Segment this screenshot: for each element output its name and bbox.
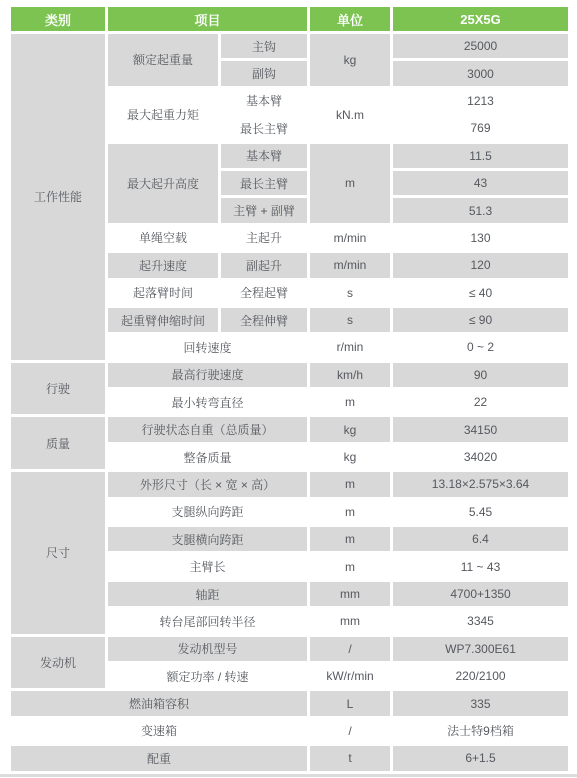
item-cell: 额定起重量 [107,33,220,88]
value-cell: 43 [392,169,570,196]
category-cell-performance: 工作性能 [10,33,107,362]
value-cell: 51.3 [392,197,570,224]
item-cell: 变速箱 [10,717,309,744]
value-cell: 120 [392,252,570,279]
item-cell: 最小转弯直径 [107,389,309,416]
unit-cell: kN.m [309,87,392,142]
item-cell: 起升速度 [107,252,220,279]
value-cell: 4700+1350 [392,580,570,607]
unit-cell: m/min [309,224,392,251]
unit-cell: m [309,142,392,224]
item-cell: 回转速度 [107,334,309,361]
page-bottom-divider [0,774,577,777]
unit-cell: kg [309,443,392,470]
unit-cell: / [309,635,392,662]
header-unit: 单位 [309,6,392,33]
unit-cell: m [309,471,392,498]
value-cell: ≤ 40 [392,279,570,306]
unit-cell: kW/r/min [309,662,392,689]
unit-cell: km/h [309,361,392,388]
value-cell: 335 [392,690,570,717]
header-item: 项目 [107,6,309,33]
item-cell: 额定功率 / 转速 [107,662,309,689]
category-cell-engine: 发动机 [10,635,107,690]
category-cell-mass: 质量 [10,416,107,471]
item-cell: 最大起升高度 [107,142,220,224]
value-cell: WP7.300E61 [392,635,570,662]
sub-item-cell: 全程起臂 [220,279,309,306]
sub-item-cell: 全程伸臂 [220,306,309,333]
value-cell: 769 [392,115,570,142]
table-row: 尺寸 外形尺寸（长 × 宽 × 高） m 13.18×2.575×3.64 [10,471,570,498]
header-model: 25X5G [392,6,570,33]
value-cell: 3345 [392,608,570,635]
value-cell: 25000 [392,33,570,60]
sub-item-cell: 主起升 [220,224,309,251]
header-category: 类别 [10,6,107,33]
item-cell: 行驶状态自重（总质量） [107,416,309,443]
item-cell: 最高行驶速度 [107,361,309,388]
value-cell: 6+1.5 [392,745,570,772]
item-cell: 燃油箱容积 [10,690,309,717]
item-cell: 支腿纵向跨距 [107,498,309,525]
value-cell: 1213 [392,87,570,114]
unit-cell: m/min [309,252,392,279]
table-row: 变速箱 / 法士特9档箱 [10,717,570,744]
unit-cell: m [309,498,392,525]
item-cell: 主臂长 [107,553,309,580]
value-cell: 6.4 [392,526,570,553]
crane-spec-sheet: 类别 项目 单位 25X5G 工作性能 额定起重量 主钩 kg 25000 副钩… [0,0,577,778]
unit-cell: m [309,553,392,580]
item-cell: 支腿横向跨距 [107,526,309,553]
unit-cell: m [309,526,392,553]
unit-cell: s [309,306,392,333]
sub-item-cell: 最长主臂 [220,169,309,196]
value-cell: 34150 [392,416,570,443]
unit-cell: L [309,690,392,717]
item-cell: 整备质量 [107,443,309,470]
value-cell: 13.18×2.575×3.64 [392,471,570,498]
sub-item-cell: 主臂 + 副臂 [220,197,309,224]
item-cell: 起落臂时间 [107,279,220,306]
sub-item-cell: 最长主臂 [220,115,309,142]
item-cell: 转台尾部回转半径 [107,608,309,635]
table-row: 配重 t 6+1.5 [10,745,570,772]
unit-cell: kg [309,416,392,443]
item-cell: 发动机型号 [107,635,309,662]
spec-table: 类别 项目 单位 25X5G 工作性能 额定起重量 主钩 kg 25000 副钩… [8,4,571,774]
unit-cell: kg [309,33,392,88]
item-cell: 外形尺寸（长 × 宽 × 高） [107,471,309,498]
value-cell: 5.45 [392,498,570,525]
value-cell: 0 ~ 2 [392,334,570,361]
table-row: 燃油箱容积 L 335 [10,690,570,717]
value-cell: 34020 [392,443,570,470]
unit-cell: mm [309,580,392,607]
value-cell: 22 [392,389,570,416]
sub-item-cell: 副起升 [220,252,309,279]
value-cell: 130 [392,224,570,251]
item-cell: 起重臂伸缩时间 [107,306,220,333]
unit-cell: s [309,279,392,306]
table-row: 发动机 发动机型号 / WP7.300E61 [10,635,570,662]
value-cell: 90 [392,361,570,388]
sub-item-cell: 基本臂 [220,142,309,169]
unit-cell: m [309,389,392,416]
item-cell: 配重 [10,745,309,772]
unit-cell: t [309,745,392,772]
header-row: 类别 项目 单位 25X5G [10,6,570,33]
item-cell: 轴距 [107,580,309,607]
value-cell: ≤ 90 [392,306,570,333]
category-cell-driving: 行驶 [10,361,107,416]
item-cell: 单绳空载 [107,224,220,251]
sub-item-cell: 基本臂 [220,87,309,114]
sub-item-cell: 主钩 [220,33,309,60]
value-cell: 220/2100 [392,662,570,689]
category-cell-dimensions: 尺寸 [10,471,107,635]
unit-cell: / [309,717,392,744]
item-cell: 最大起重力矩 [107,87,220,142]
value-cell: 法士特9档箱 [392,717,570,744]
value-cell: 3000 [392,60,570,87]
table-row: 行驶 最高行驶速度 km/h 90 [10,361,570,388]
unit-cell: r/min [309,334,392,361]
table-row: 质量 行驶状态自重（总质量） kg 34150 [10,416,570,443]
unit-cell: mm [309,608,392,635]
sub-item-cell: 副钩 [220,60,309,87]
table-row: 工作性能 额定起重量 主钩 kg 25000 [10,33,570,60]
value-cell: 11 ~ 43 [392,553,570,580]
value-cell: 11.5 [392,142,570,169]
